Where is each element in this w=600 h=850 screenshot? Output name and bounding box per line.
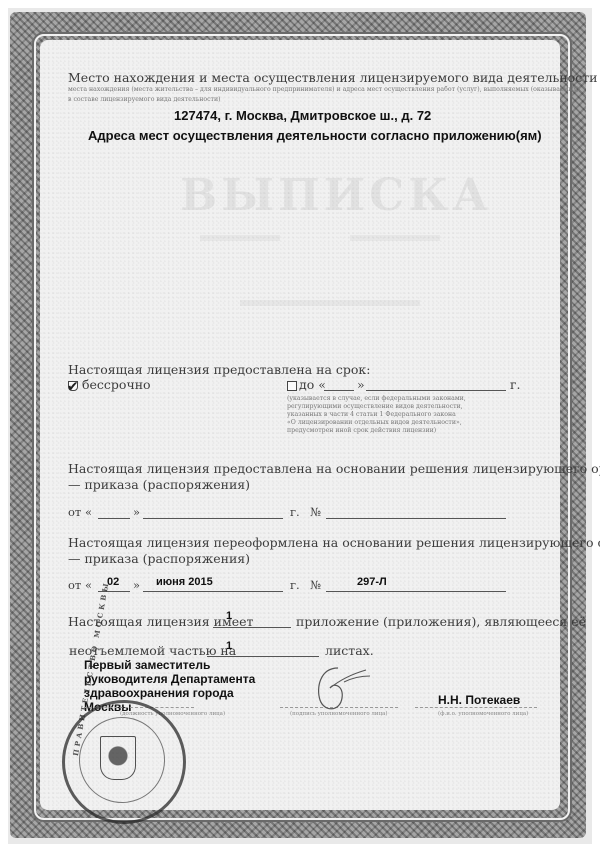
position-line-3: здравоохранения города xyxy=(84,686,255,700)
granted-day-field[interactable] xyxy=(98,518,130,519)
addresses-per-annex: Адреса мест осуществления деятельности с… xyxy=(88,128,542,143)
reissued-line-1: Настоящая лицензия переоформлена на осно… xyxy=(68,535,600,550)
position-line-2: руководителя Департамента xyxy=(84,672,255,686)
reissued-month-year-value: июня 2015 xyxy=(156,576,213,588)
annex-line-1-suffix: приложение (приложения), являющееся её xyxy=(296,614,586,629)
annex-count-field[interactable] xyxy=(213,627,291,628)
annex-line-2-suffix: листах. xyxy=(325,643,374,658)
option-indefinite-label: бессрочно xyxy=(82,377,151,392)
moscow-coat-of-arms-icon xyxy=(100,736,136,780)
granted-from-label: от « xyxy=(68,505,92,519)
annex-sheets-field[interactable] xyxy=(207,656,319,657)
location-note-2: места нахождения (места жительства – для… xyxy=(68,86,579,94)
handwritten-signature xyxy=(300,660,390,720)
location-heading-text: Место нахождения и места осуществления л… xyxy=(68,70,597,85)
until-month-year-field[interactable] xyxy=(366,390,506,391)
annex-count-value: 1 xyxy=(226,610,232,622)
show-through-line xyxy=(200,235,280,241)
location-heading: Место нахождения и места осуществления л… xyxy=(68,70,600,85)
until-day-field[interactable] xyxy=(324,390,354,391)
show-through-line xyxy=(350,235,440,241)
reissued-year-suffix: г. xyxy=(290,578,300,592)
granted-year-suffix: г. xyxy=(290,505,300,519)
option-until-label: до « xyxy=(299,377,326,392)
official-stamp: ПРАВИТЕЛЬСТВО МОСКВЫ xyxy=(62,700,186,824)
reissued-close-quote: » xyxy=(133,578,140,592)
granted-number-label: № xyxy=(310,505,321,519)
show-through-watermark: ВЫПИСКА xyxy=(180,170,492,221)
granted-line-1: Настоящая лицензия предоставлена на осно… xyxy=(68,461,600,476)
reissued-month-year-field[interactable] xyxy=(143,591,283,592)
until-year-suffix: г. xyxy=(510,377,521,392)
granted-number-field[interactable] xyxy=(326,518,506,519)
granted-line-2: — приказа (распоряжения) xyxy=(68,477,250,492)
signatory-name: Н.Н. Потекаев xyxy=(438,693,520,707)
annex-sheets-value: 1 xyxy=(226,640,232,652)
address-value: 127474, г. Москва, Дмитровское ш., д. 72 xyxy=(174,108,431,123)
granted-close-quote: » xyxy=(133,505,140,519)
granted-month-year-field[interactable] xyxy=(143,518,283,519)
checkbox-until-date[interactable] xyxy=(287,381,297,391)
show-through-line xyxy=(240,300,420,306)
position-line-1: Первый заместитель xyxy=(84,658,255,672)
name-caption: (ф.и.о. уполномоченного лица) xyxy=(438,711,528,717)
reissued-number-field[interactable] xyxy=(326,591,506,592)
location-note-3: в составе лицензируемого вида деятельнос… xyxy=(68,96,221,104)
reissued-from-label: от « xyxy=(68,578,92,592)
checkmark-icon: ✔ xyxy=(67,379,79,395)
name-line xyxy=(415,707,537,708)
reissued-number-value: 297-Л xyxy=(357,576,387,588)
reissued-line-2: — приказа (распоряжения) xyxy=(68,551,250,566)
term-heading: Настоящая лицензия предоставлена на срок… xyxy=(68,362,370,377)
reissued-number-label: № xyxy=(310,578,321,592)
term-note-5: предусмотрен иной срок действия лицензии… xyxy=(287,427,436,435)
until-close-quote: » xyxy=(357,377,365,392)
